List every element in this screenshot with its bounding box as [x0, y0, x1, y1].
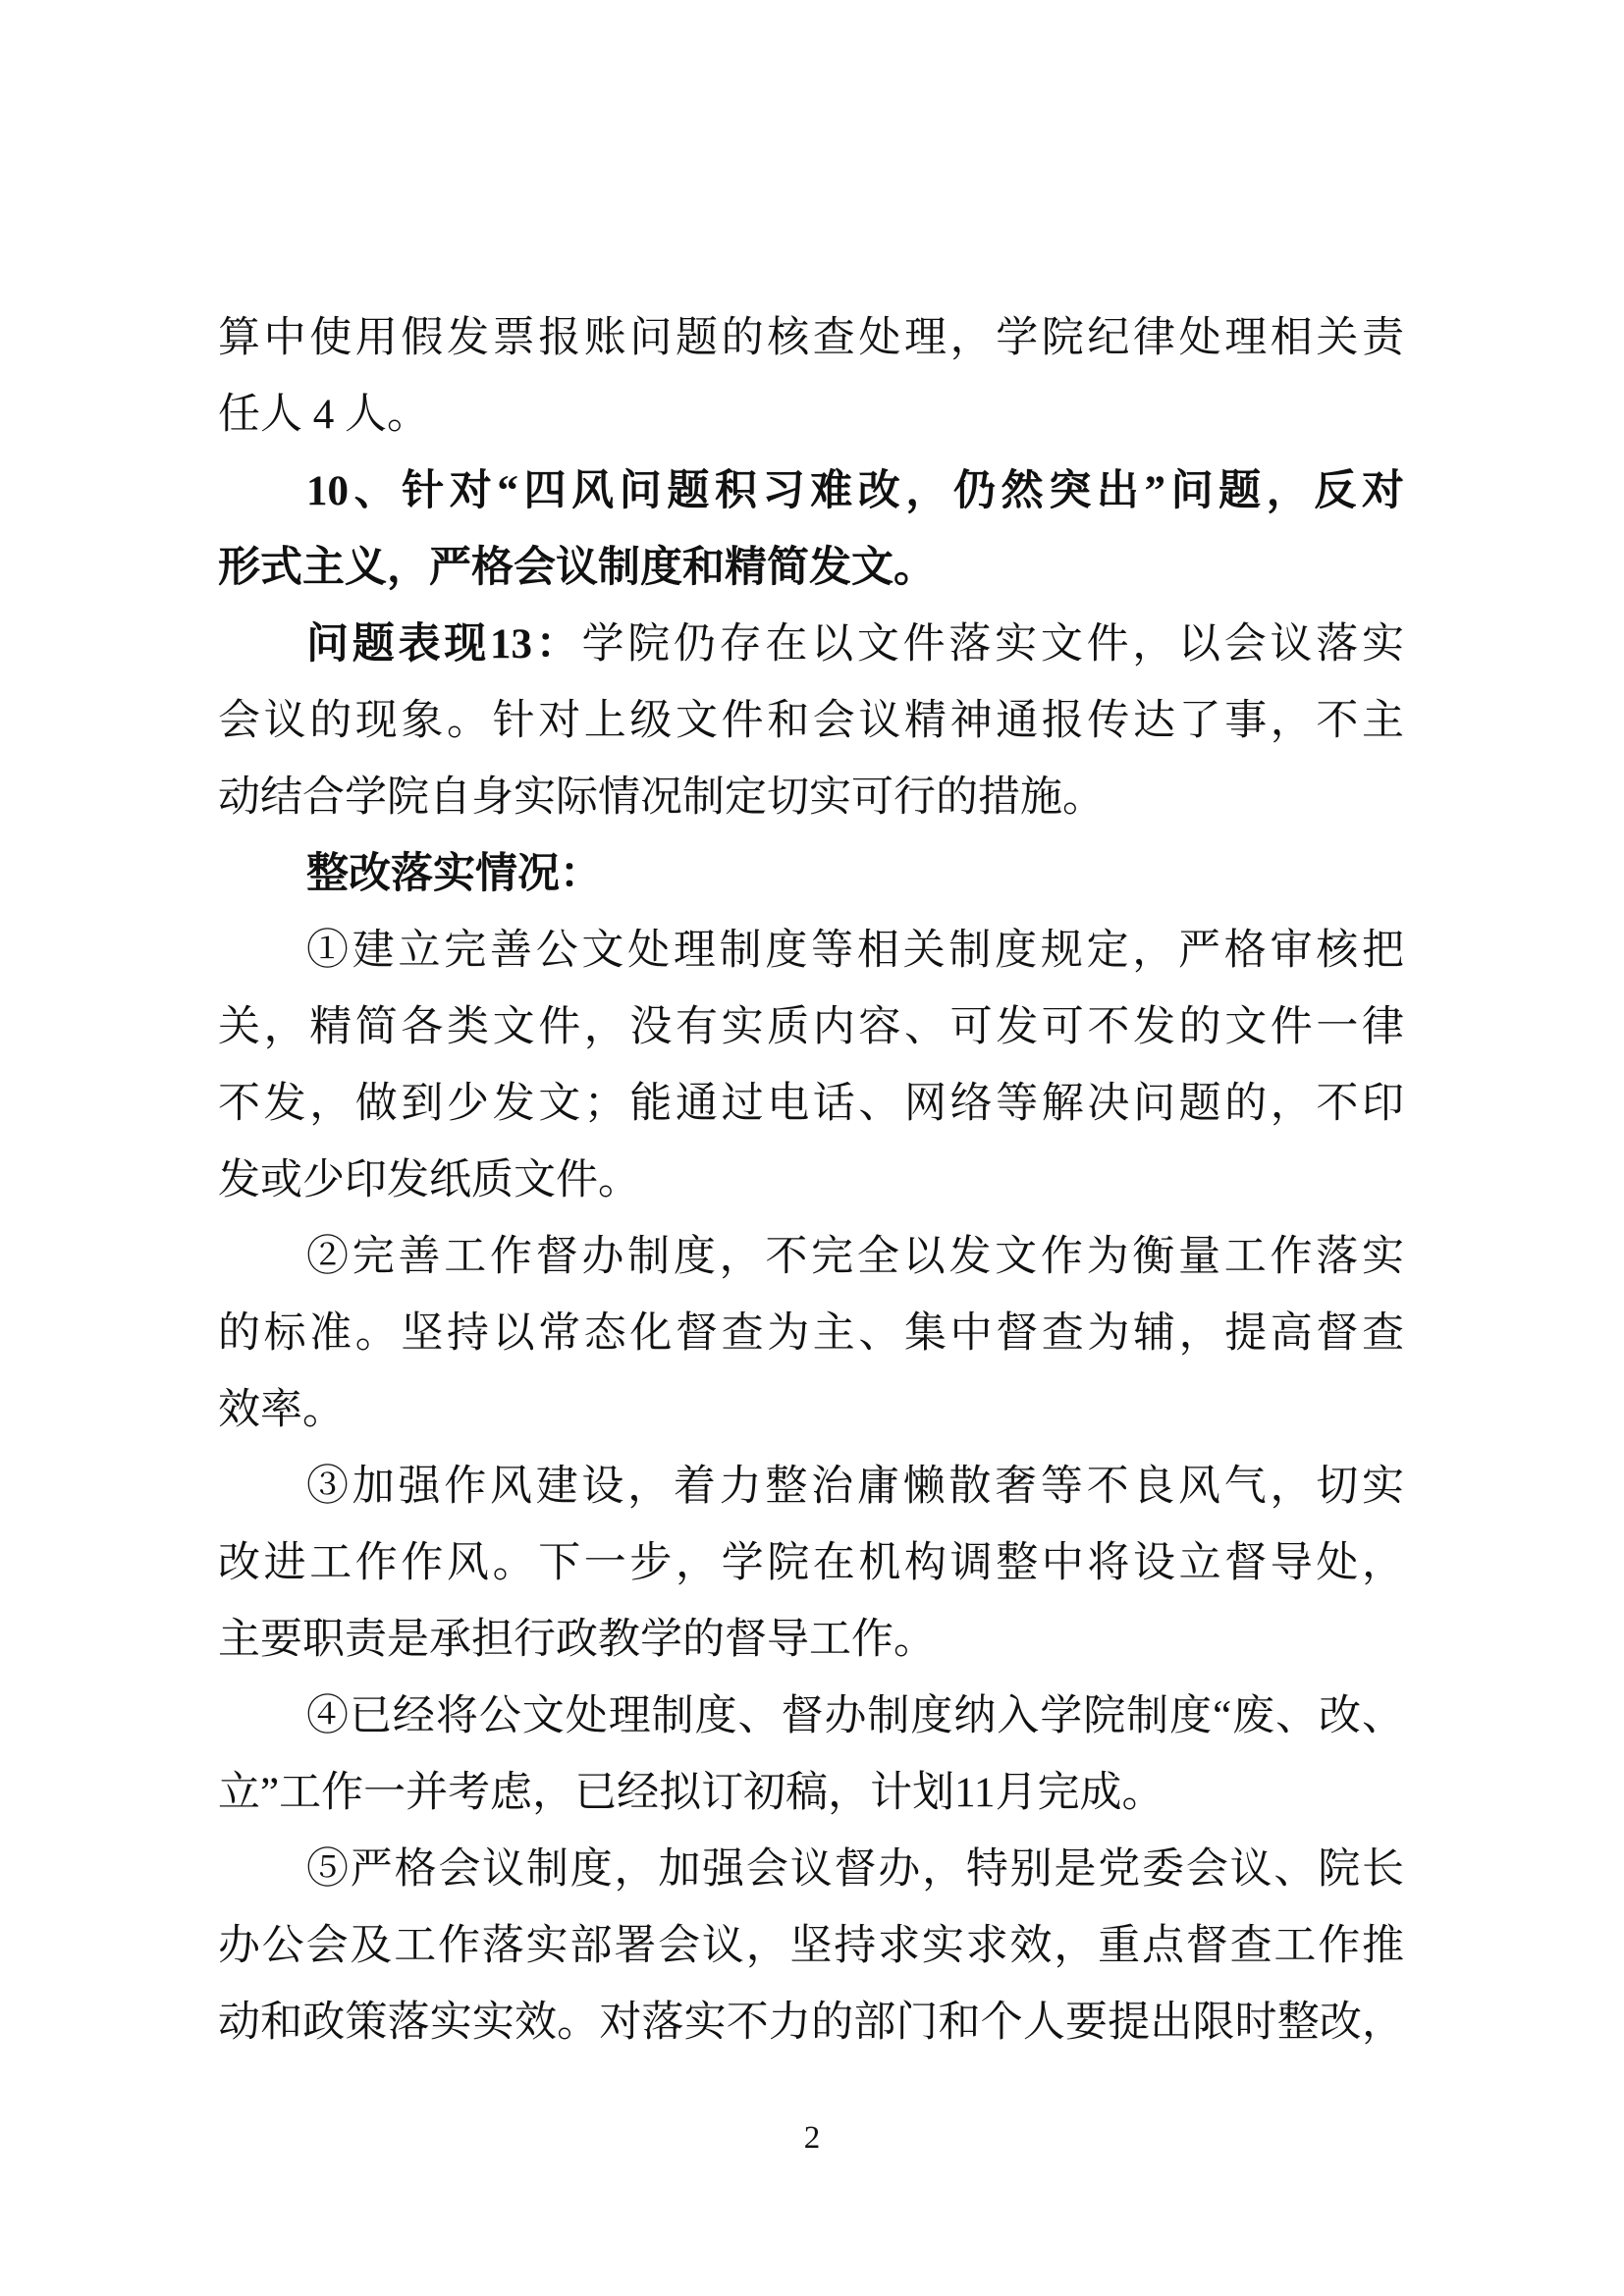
- body-text: ④已经将公文处理制度、督办制度纳入学院制度“废、改、: [306, 1693, 1404, 1739]
- heading-text: 形式主义，严格会议制度和精简发文。: [218, 545, 936, 591]
- body-text: 立”工作一并考虑，已经拟订初稿，计划11月完成。: [218, 1770, 1164, 1816]
- body-text: ①建立完善公文处理制度等相关制度规定，严格审核把: [306, 928, 1404, 974]
- document-content: 算中使用假发票报账问题的核查处理，学院纪律处理相关责任人 4 人。10、针对“四…: [218, 300, 1404, 2061]
- body-text: ⑤严格会议制度，加强会议督办，特别是党委会议、院长: [306, 1846, 1404, 1893]
- text-line: 形式主义，严格会议制度和精简发文。: [218, 530, 1404, 607]
- body-text: 动和政策落实实效。对落实不力的部门和个人要提出限时整改，: [218, 2000, 1404, 2046]
- body-text: 动结合学院自身实际情况制定切实可行的措施。: [218, 774, 1105, 821]
- body-text: 学院仍存在以文件落实文件，以会议落实: [581, 621, 1404, 667]
- body-text: 改进工作作风。下一步，学院在机构调整中将设立督导处，: [218, 1540, 1404, 1586]
- text-line: 动结合学院自身实际情况制定切实可行的措施。: [218, 760, 1404, 836]
- text-line: ③加强作风建设，着力整治庸懒散奢等不良风气，切实: [218, 1449, 1404, 1525]
- text-line: 的标准。坚持以常态化督查为主、集中督查为辅，提高督查: [218, 1296, 1404, 1372]
- body-text: 算中使用假发票报账问题的核查处理，学院纪律处理相关责: [218, 315, 1404, 361]
- text-line: ①建立完善公文处理制度等相关制度规定，严格审核把: [218, 913, 1404, 989]
- text-line: 动和政策落实实效。对落实不力的部门和个人要提出限时整改，: [218, 1985, 1404, 2061]
- text-line: 不发，做到少发文；能通过电话、网络等解决问题的，不印: [218, 1066, 1404, 1143]
- body-text: 办公会及工作落实部署会议，坚持求实求效，重点督查工作推: [218, 1923, 1404, 1969]
- body-text: 的标准。坚持以常态化督查为主、集中督查为辅，提高督查: [218, 1310, 1404, 1357]
- page-number: 2: [804, 2120, 821, 2156]
- text-line: 发或少印发纸质文件。: [218, 1143, 1404, 1219]
- text-line: 主要职责是承担行政教学的督导工作。: [218, 1602, 1404, 1679]
- text-line: 整改落实情况：: [218, 836, 1404, 913]
- text-line: 改进工作作风。下一步，学院在机构调整中将设立督导处，: [218, 1525, 1404, 1602]
- text-line: ⑤严格会议制度，加强会议督办，特别是党委会议、院长: [218, 1832, 1404, 1908]
- body-text: 主要职责是承担行政教学的督导工作。: [218, 1617, 936, 1663]
- body-text: ②完善工作督办制度，不完全以发文作为衡量工作落实: [306, 1234, 1404, 1280]
- text-line: 效率。: [218, 1372, 1404, 1449]
- body-text: ③加强作风建设，着力整治庸懒散奢等不良风气，切实: [306, 1464, 1404, 1510]
- text-line: ④已经将公文处理制度、督办制度纳入学院制度“废、改、: [218, 1679, 1404, 1755]
- body-text: 关，精简各类文件，没有实质内容、可发可不发的文件一律: [218, 1004, 1404, 1050]
- body-text: 会议的现象。针对上级文件和会议精神通报传达了事，不主: [218, 698, 1404, 744]
- text-line: 办公会及工作落实部署会议，坚持求实求效，重点督查工作推: [218, 1908, 1404, 1985]
- body-text: 效率。: [218, 1387, 345, 1433]
- page-footer: 2: [0, 2118, 1624, 2158]
- text-line: ②完善工作督办制度，不完全以发文作为衡量工作落实: [218, 1219, 1404, 1296]
- text-line: 关，精简各类文件，没有实质内容、可发可不发的文件一律: [218, 989, 1404, 1066]
- text-line: 10、针对“四风问题积习难改，仍然突出”问题，反对: [218, 454, 1404, 530]
- body-text: 任人 4 人。: [218, 392, 429, 438]
- text-line: 算中使用假发票报账问题的核查处理，学院纪律处理相关责: [218, 300, 1404, 377]
- text-line: 任人 4 人。: [218, 377, 1404, 454]
- heading-text: 10、针对“四风问题积习难改，仍然突出”问题，反对: [306, 468, 1404, 514]
- body-text: 发或少印发纸质文件。: [218, 1157, 640, 1203]
- body-text: 不发，做到少发文；能通过电话、网络等解决问题的，不印: [218, 1081, 1404, 1127]
- text-line: 问题表现13：学院仍存在以文件落实文件，以会议落实: [218, 607, 1404, 683]
- document-page: 算中使用假发票报账问题的核查处理，学院纪律处理相关责任人 4 人。10、针对“四…: [0, 0, 1624, 2296]
- heading-text: 问题表现13：: [306, 621, 581, 667]
- heading-text: 整改落实情况：: [306, 851, 602, 897]
- text-line: 立”工作一并考虑，已经拟订初稿，计划11月完成。: [218, 1755, 1404, 1832]
- text-line: 会议的现象。针对上级文件和会议精神通报传达了事，不主: [218, 683, 1404, 760]
